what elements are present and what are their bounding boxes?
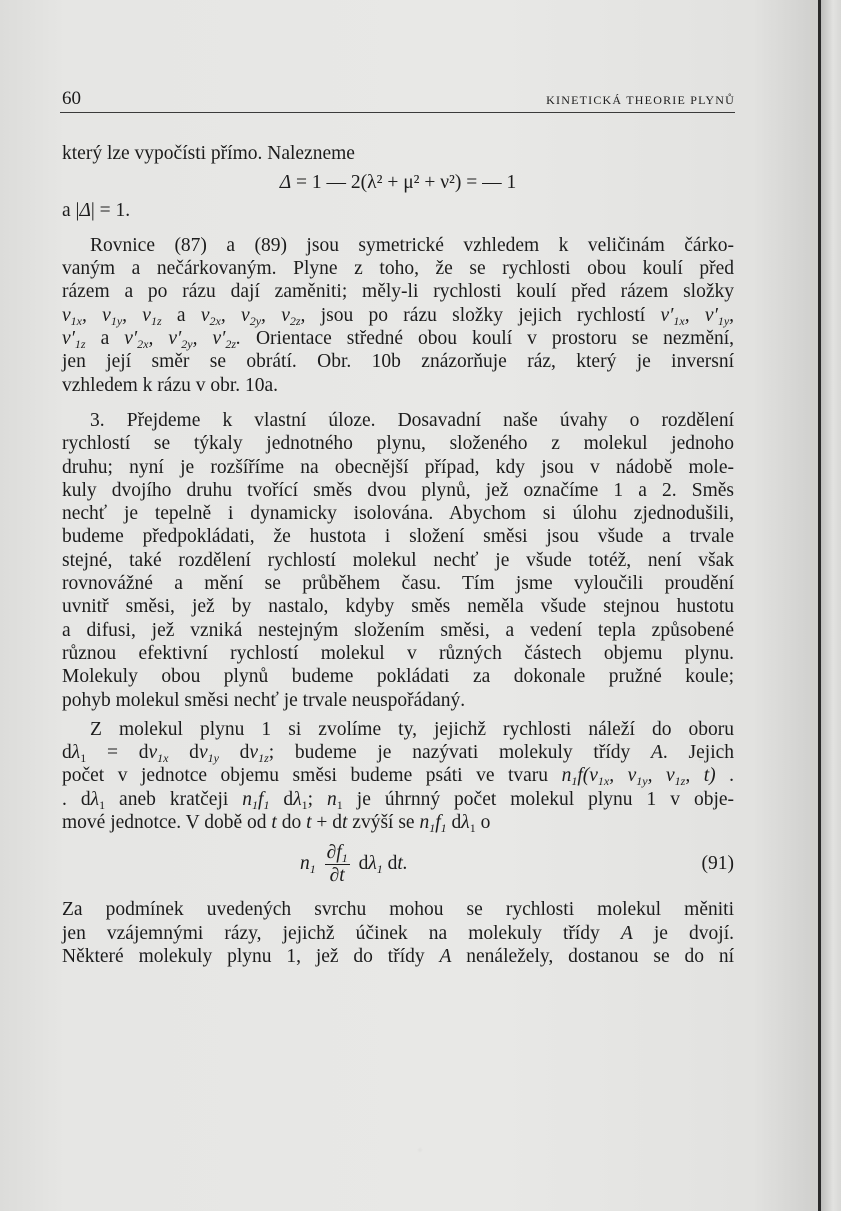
page-number: 60: [62, 88, 81, 110]
text-line: Některé molekuly plynu 1, jež do třídy A…: [62, 945, 734, 968]
text-line: vzhledem k rázu v obr. 10a.: [62, 374, 734, 397]
text-line: v′1z a v′2x, v′2y, v′2z. Orientace střed…: [62, 327, 734, 350]
text-line: a |Δ| = 1.: [62, 199, 734, 222]
text-line: počet v jednotce objemu směsi budeme psá…: [62, 764, 734, 787]
text-line: různou efektivní rychlostí molekul v růz…: [62, 642, 734, 665]
running-title: KINETICKÁ THEORIE PLYNŮ: [546, 93, 735, 108]
text-line: Molekuly obou plynů budeme pokládati za …: [62, 665, 734, 688]
adjacent-page-edge: [821, 0, 841, 1211]
text-line: dλ1 = dv1x dv1y dv1z; budeme je nazývati…: [62, 741, 734, 764]
text-line: který lze vypočísti přímo. Nalezneme: [62, 142, 734, 165]
page-header: 60 KINETICKÁ THEORIE PLYNŮ: [60, 86, 735, 113]
text-line: rovnovážné a mění se průběhem času. Tím …: [62, 572, 734, 595]
text-line: Za podmínek uvedených svrchu mohou se ry…: [62, 898, 734, 921]
equation-rhs: = 1 — 2(λ² + μ² + ν²) = — 1: [291, 172, 516, 193]
paragraph-collisions: Za podmínek uvedených svrchu mohou se ry…: [62, 898, 734, 968]
body-text: který lze vypočísti přímo. Nalezneme Δ =…: [62, 142, 734, 968]
text-line: a difusi, jež vzniká nestejným složením …: [62, 619, 734, 642]
text-line: Rovnice (87) a (89) jsou symetrické vzhl…: [62, 234, 734, 257]
text-line: rychlostí se týkaly jednotného plynu, sl…: [62, 432, 734, 455]
text-line: kuly dvojího druhu tvořící směs dvou ply…: [62, 479, 734, 502]
partial-fraction: ∂f1∂t: [325, 842, 350, 887]
text-line: jen vzájemnými rázy, jejichž účinek na m…: [62, 922, 734, 945]
text-line: stejné, také rozdělení rychlostí molekul…: [62, 549, 734, 572]
text-line: jen její směr se obrátí. Obr. 10b znázor…: [62, 350, 734, 373]
text-line: v1x, v1y, v1z a v2x, v2y, v2z, jsou po r…: [62, 304, 734, 327]
text-line: pohyb molekul směsi nechť je trvale neus…: [62, 689, 734, 712]
text-line: . dλ1 aneb kratčeji n1f1 dλ1; n1 je úhrn…: [62, 788, 734, 811]
equation-delta: Δ = 1 — 2(λ² + μ² + ν²) = — 1: [62, 171, 734, 194]
equation-number: (91): [702, 852, 735, 875]
text-line: uvnitř směsi, jež by nastalo, kdyby směs…: [62, 595, 734, 618]
equation-91-expression: n1 ∂f1∂t dλ1 dt.: [300, 842, 408, 887]
text-line: 3. Přejdeme k vlastní úloze. Dosavadní n…: [62, 409, 734, 432]
text-line: vaným a nečárkovaným. Plyne z toho, že s…: [62, 257, 734, 280]
book-page: 60 KINETICKÁ THEORIE PLYNŮ který lze vyp…: [0, 0, 818, 1211]
paragraph-symmetry: Rovnice (87) a (89) jsou symetrické vzhl…: [62, 234, 734, 397]
delta-symbol: Δ: [280, 172, 291, 193]
text-line: rázem a po rázu dají zaměniti; měly-li r…: [62, 280, 734, 303]
paragraph-class-a: Z molekul plynu 1 si zvolíme ty, jejichž…: [62, 718, 734, 834]
text-line: budeme předpokládati, že hustota i slože…: [62, 525, 734, 548]
text-line: mové jednotce. V době od t do t + dt zvý…: [62, 811, 734, 834]
paragraph-task: 3. Přejdeme k vlastní úloze. Dosavadní n…: [62, 409, 734, 712]
text-line: druhu; nyní je rozšíříme na obecnější př…: [62, 456, 734, 479]
text-line: Z molekul plynu 1 si zvolíme ty, jejichž…: [62, 718, 734, 741]
text-line: nechť je tepelně i dynamicky isolována. …: [62, 502, 734, 525]
equation-91: n1 ∂f1∂t dλ1 dt. (91): [62, 836, 734, 892]
